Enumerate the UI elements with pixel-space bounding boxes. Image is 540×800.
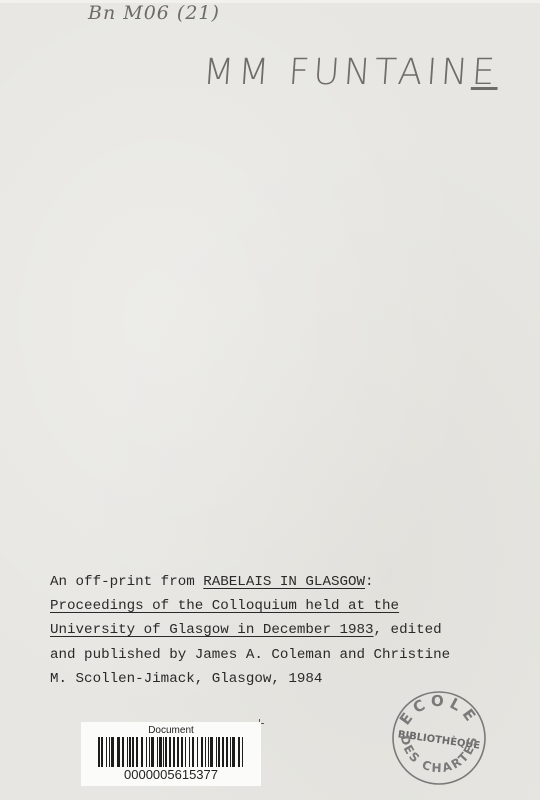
book-title: RABELAIS IN GLASGOW (203, 574, 365, 590)
barcode-label: Document (81, 725, 261, 736)
page-edge (0, 0, 540, 3)
offprint-line-3: University of Glasgow in December 1983, … (50, 618, 520, 642)
offprint-notice: An off-print from RABELAIS IN GLASGOW: P… (50, 570, 520, 691)
barcode-icon (98, 737, 244, 767)
library-stamp-icon: ECOLE BIBLIOTHÈQUE DES CHARTES (389, 688, 489, 788)
svg-text:ECOLE: ECOLE (396, 692, 482, 729)
handwritten-shelfmark: Bn M06 (21) (88, 2, 220, 24)
barcode-number: 0000005615377 (81, 767, 261, 782)
document-page: Bn M06 (21) MM FUNTAINE An off-print fro… (0, 0, 540, 800)
offprint-line-4: and published by James A. Coleman and Ch… (50, 643, 520, 667)
owner-name-main: MM FUNTAIN (202, 52, 474, 93)
owner-name-last-letter: E (470, 52, 500, 93)
handwritten-owner-name: MM FUNTAINE (202, 52, 501, 93)
offprint-line-1: An off-print from RABELAIS IN GLASGOW: (50, 570, 520, 594)
offprint-line-2: Proceedings of the Colloquium held at th… (50, 594, 520, 618)
barcode-sticker: Document 0000005615377 (81, 722, 261, 786)
